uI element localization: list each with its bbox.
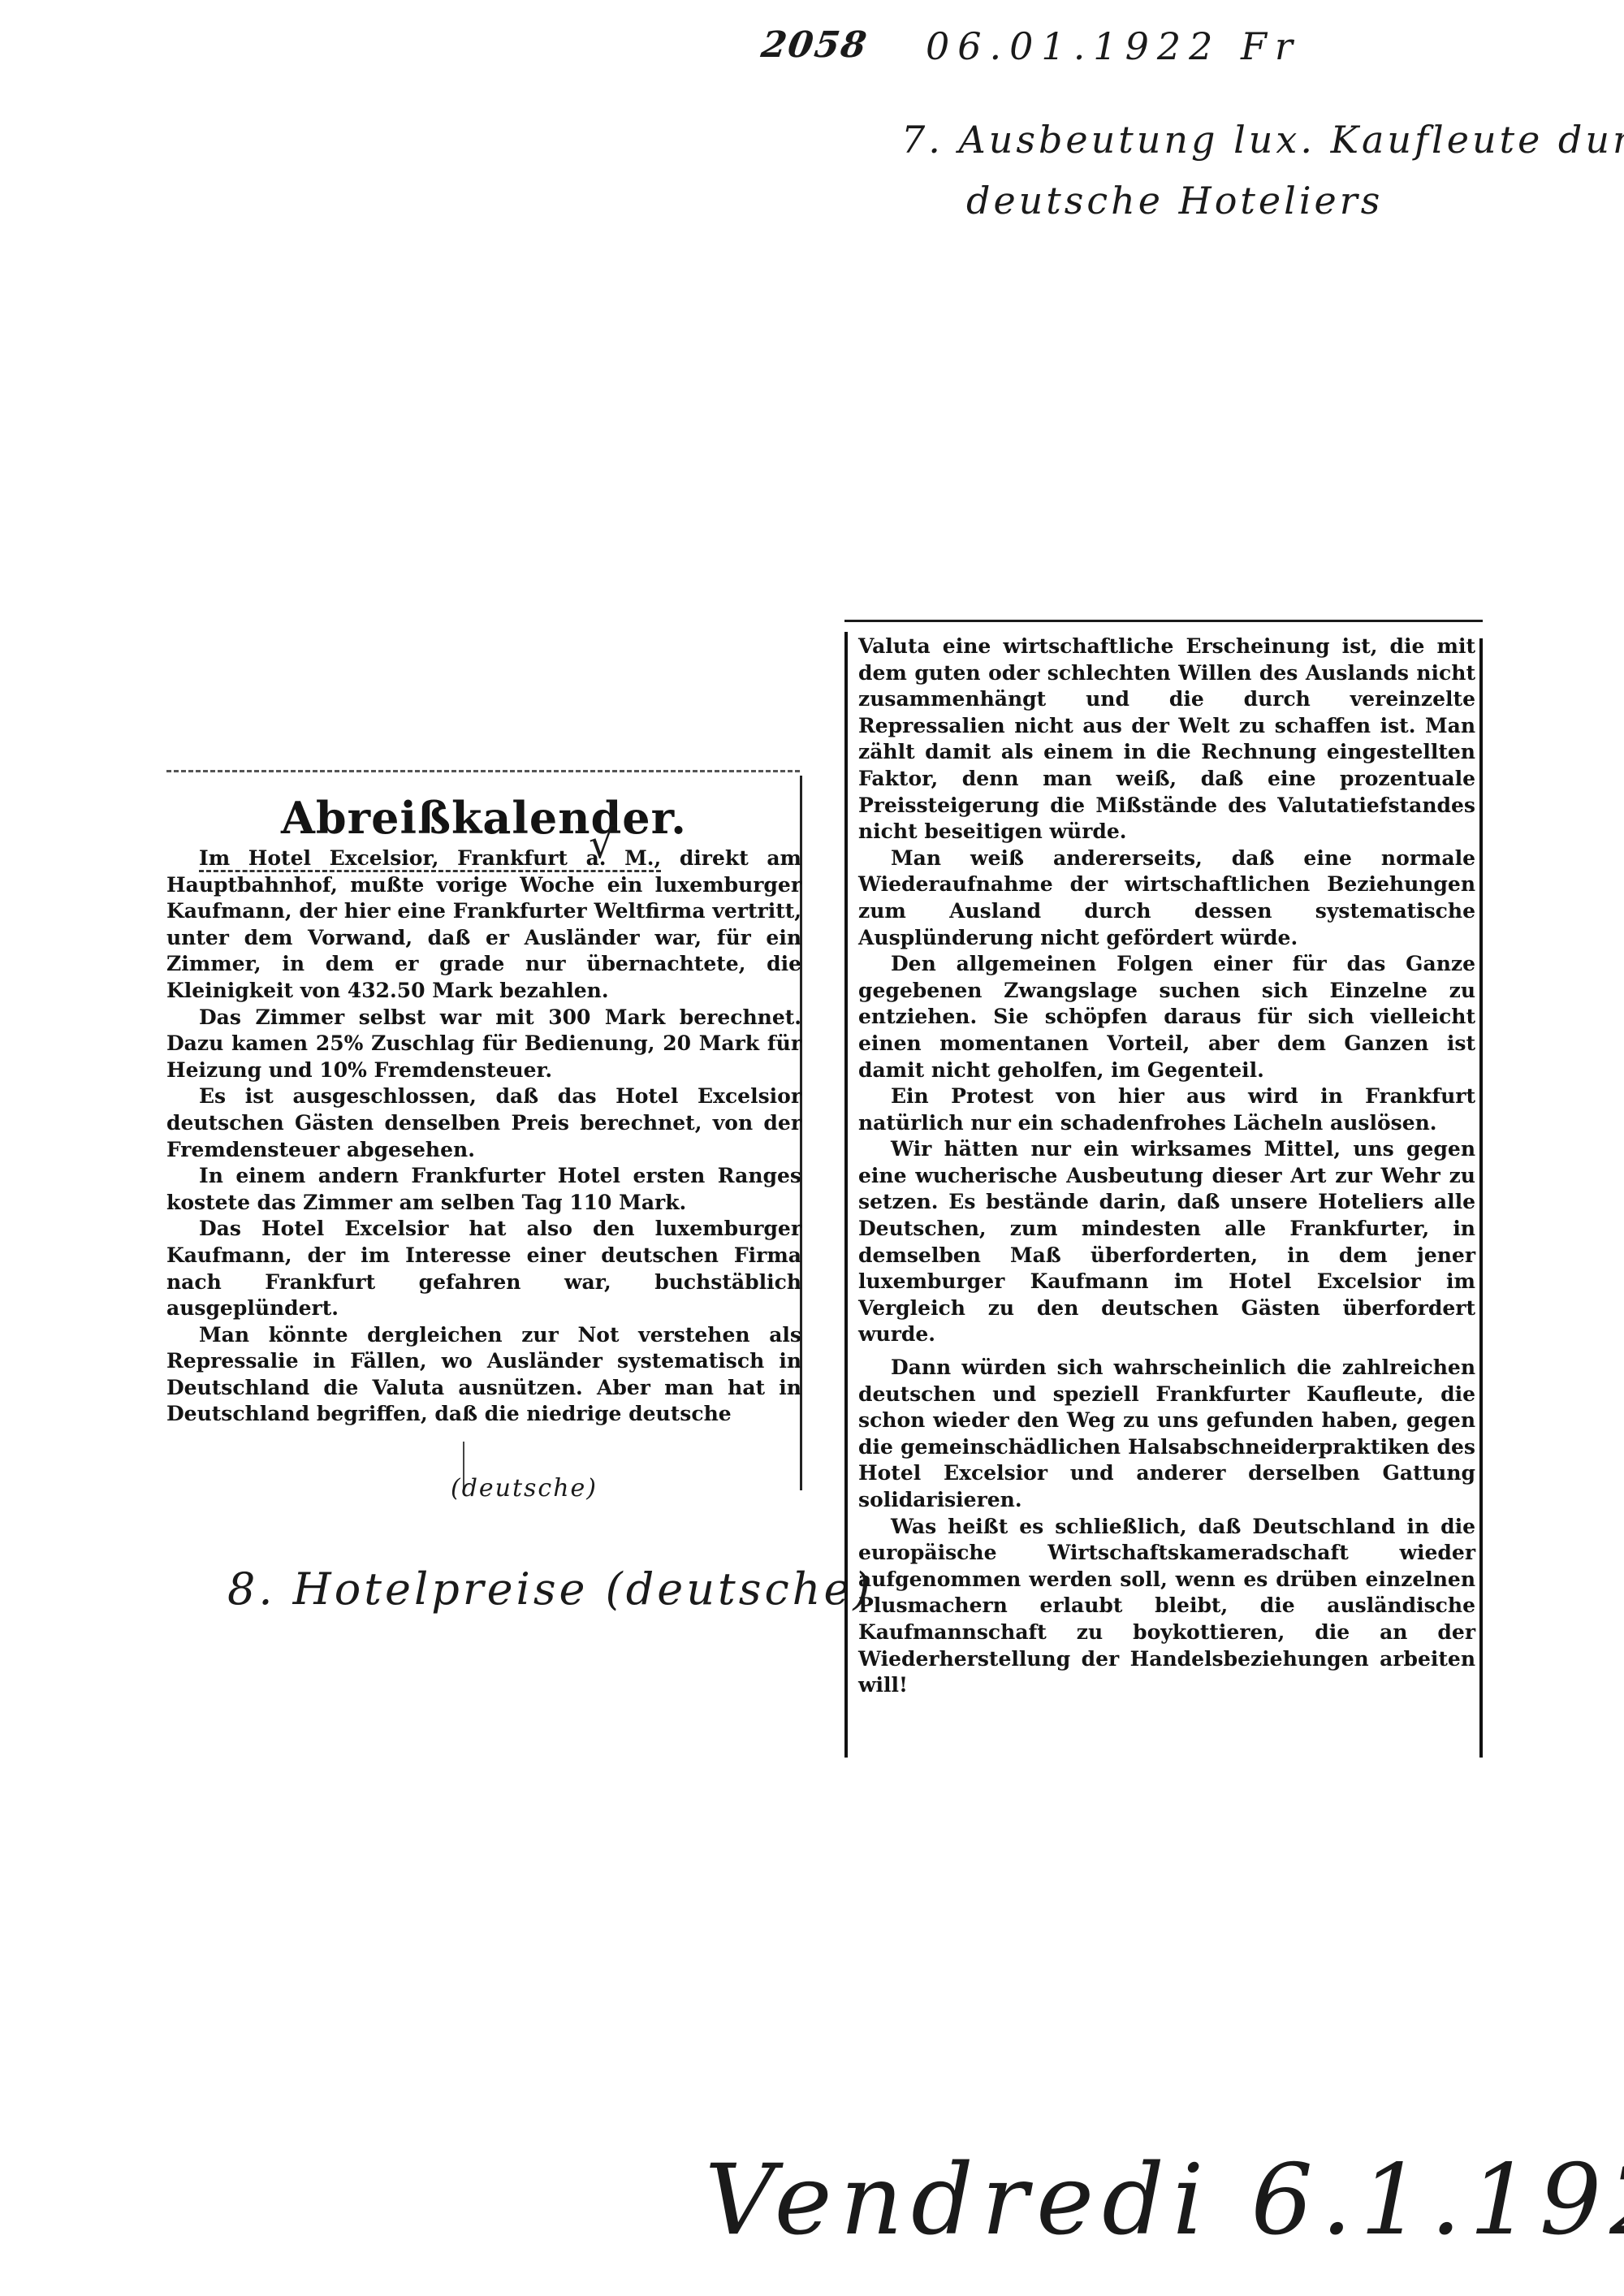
archive-number: 2058 xyxy=(758,24,870,66)
article-paragraph: Valuta eine wirtschaftliche Erscheinung … xyxy=(858,633,1475,845)
clipping-top-rule xyxy=(166,770,800,772)
footnote-annotation: 8. Hotelpreise (deutsche) xyxy=(227,1563,874,1615)
archive-date: 06.01.1922 Fr xyxy=(926,24,1301,68)
frame-right-border xyxy=(1479,638,1483,1758)
article-paragraph: Den allgemeinen Folgen einer für das Gan… xyxy=(858,951,1475,1083)
article-paragraph: Dann würden sich wahrscheinlich die zahl… xyxy=(858,1355,1475,1514)
article-paragraph: Wir hätten nur ein wirksames Mittel, uns… xyxy=(858,1136,1475,1348)
article-right-column: Valuta eine wirtschaftliche Erscheinung … xyxy=(858,633,1475,1699)
article-paragraph: Das Hotel Excelsior hat also den luxembu… xyxy=(166,1216,801,1321)
article-paragraph: Im Hotel Excelsior, Frankfurt a. M., dir… xyxy=(166,845,801,1005)
article-paragraph: Was heißt es schließlich, daß Deutschlan… xyxy=(858,1514,1475,1699)
topic-annotation-line-2: deutsche Hoteliers xyxy=(966,179,1383,223)
topic-annotation-line-1: 7. Ausbeutung lux. Kaufleute durch xyxy=(901,118,1624,162)
article-paragraph: Man könnte dergleichen zur Not verstehen… xyxy=(166,1322,801,1428)
article-paragraph: Es ist ausgeschlossen, daß das Hotel Exc… xyxy=(166,1083,801,1163)
article-paragraph: In einem andern Frankfurter Hotel ersten… xyxy=(166,1163,801,1216)
article-left-column: Abreißkalender. Im Hotel Excelsior, Fran… xyxy=(166,792,801,1428)
date-signature-annotation: Vendredi 6.1.1922. xyxy=(705,2144,1624,2257)
article-paragraph: Ein Protest von hier aus wird in Frankfu… xyxy=(858,1083,1475,1136)
inline-note-annotation: (deutsche) xyxy=(451,1474,598,1503)
article-paragraph: Man weiß andererseits, daß eine normale … xyxy=(858,845,1475,951)
article-paragraph: Das Zimmer selbst war mit 300 Mark berec… xyxy=(166,1005,801,1084)
frame-left-border xyxy=(844,632,848,1758)
article-title: Abreißkalender. xyxy=(166,792,801,844)
check-mark-annotation: √ xyxy=(589,820,616,867)
